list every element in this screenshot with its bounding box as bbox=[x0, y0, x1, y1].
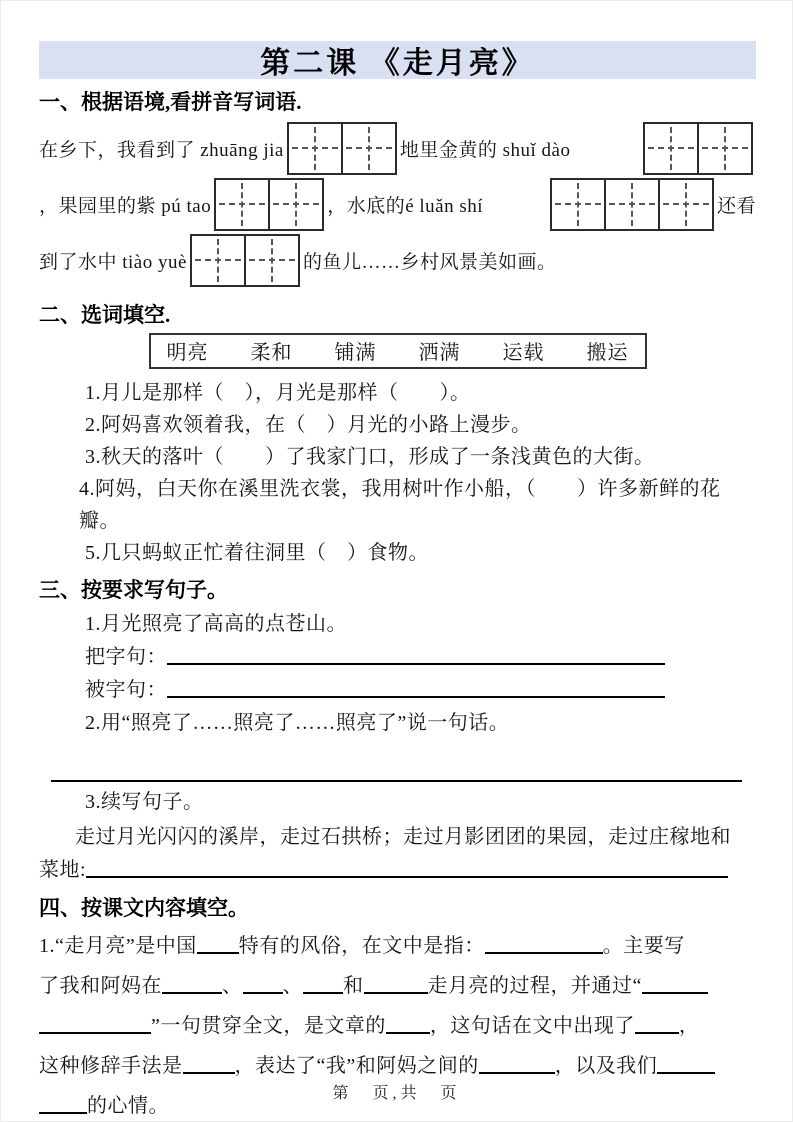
q4-text: 和 bbox=[343, 975, 364, 997]
sentence-item-2: 2.用“照亮了……照亮了……照亮了”说一句话。 bbox=[85, 707, 756, 740]
passage-text-haikan: 还看 bbox=[717, 191, 756, 218]
bei-label: 被字句： bbox=[85, 679, 167, 701]
q4-text: 、 bbox=[222, 975, 243, 997]
passage-text-tiaoyue: 到了水中 tiào yuè bbox=[39, 247, 187, 274]
answer-blank bbox=[642, 976, 708, 994]
title-banner: 第二课 《走月亮》 bbox=[39, 41, 756, 79]
q4-text: ”一句贯穿全文，是文章的 bbox=[151, 1015, 386, 1037]
answer-blank bbox=[86, 860, 728, 878]
q4-text: ， bbox=[679, 1015, 700, 1037]
passage-text-intro: 在乡下，我看到了 zhuāng jia bbox=[39, 135, 284, 162]
q4-line-2: 了我和阿妈在、、和走月亮的过程，并通过“ bbox=[39, 966, 756, 1006]
answer-blank bbox=[485, 936, 603, 954]
q4-text: 1.“走月亮”是中国 bbox=[39, 935, 197, 957]
answer-blank-line bbox=[51, 764, 742, 782]
passage-line-3: 到了水中 tiào yuè 的鱼儿……乡村风景美如画。 bbox=[39, 232, 756, 288]
sentence-item-1: 1.月光照亮了高高的点苍山。 bbox=[85, 608, 756, 641]
bei-sentence-line: 被字句： bbox=[85, 674, 756, 707]
answer-blank bbox=[183, 1056, 235, 1074]
q4-text: 了我和阿妈在 bbox=[39, 975, 162, 997]
passage-text-putao: ，果园里的紫 pú tao bbox=[39, 191, 211, 218]
answer-blank bbox=[479, 1056, 555, 1074]
section3-heading: 三、按要求写句子。 bbox=[39, 577, 756, 604]
word-bank: 明亮 柔和 铺满 洒满 运载 搬运 bbox=[149, 333, 647, 369]
q4-line-3: ”一句贯穿全文，是文章的，这句话在文中出现了， bbox=[39, 1006, 756, 1046]
continuation-text: 走过月光闪闪的溪岸，走过石拱桥；走过月影团团的果园，走过庄稼地和 bbox=[39, 821, 756, 854]
answer-blank bbox=[243, 976, 283, 994]
continuation-line-2: 菜地: bbox=[39, 854, 756, 887]
answer-blank bbox=[386, 1016, 430, 1034]
ba-label: 把字句： bbox=[85, 646, 167, 668]
pinyin-box-shuidao bbox=[643, 122, 753, 175]
sentence-item-3: 3.续写句子。 bbox=[85, 786, 756, 819]
answer-blank bbox=[197, 936, 239, 954]
fill-item-2: 2.阿妈喜欢领着我，在（ ）月光的小路上漫步。 bbox=[85, 409, 756, 441]
pinyin-box-putao bbox=[214, 178, 324, 231]
q4-line-1: 1.“走月亮”是中国特有的风俗，在文中是指：。主要写 bbox=[39, 926, 756, 966]
q4-text: ，这句话在文中出现了 bbox=[430, 1015, 635, 1037]
caidi-label: 菜地: bbox=[39, 859, 86, 881]
answer-blank bbox=[364, 976, 428, 994]
worksheet-page: 第二课 《走月亮》 一、根据语境,看拼音写词语. 在乡下，我看到了 zhuāng… bbox=[0, 0, 793, 1122]
answer-blank bbox=[39, 1016, 151, 1034]
passage-text-eluanshi: ，水底的é luǎn shí bbox=[327, 191, 483, 218]
answer-blank bbox=[635, 1016, 679, 1034]
answer-blank bbox=[162, 976, 222, 994]
pinyin-box-zhuangjia bbox=[287, 122, 397, 175]
pinyin-box-eluanshi bbox=[550, 178, 714, 231]
passage-line-1: 在乡下，我看到了 zhuāng jia 地里金黄的 shuǐ dào bbox=[39, 120, 756, 176]
passage-text-end: 的鱼儿……乡村风景美如画。 bbox=[303, 247, 557, 274]
passage-line-2: ，果园里的紫 pú tao ，水底的é luǎn shí 还看 bbox=[39, 176, 756, 232]
section2-heading: 二、选词填空. bbox=[39, 302, 756, 329]
q4-text: 走月亮的过程，并通过“ bbox=[428, 975, 642, 997]
page-footer: 第 页,共 页 bbox=[1, 1080, 792, 1103]
fill-item-4: 4.阿妈，白天你在溪里洗衣裳，我用树叶作小船，（ ）许多新鲜的花瓣。 bbox=[79, 473, 756, 537]
q4-text: 。主要写 bbox=[603, 935, 685, 957]
q4-text: 特有的风俗，在文中是指： bbox=[239, 935, 485, 957]
answer-blank bbox=[167, 647, 665, 665]
fill-item-3: 3.秋天的落叶（ ）了我家门口，形成了一条浅黄色的大街。 bbox=[85, 441, 756, 473]
passage-text-shuidao: 地里金黄的 shuǐ dào bbox=[400, 135, 571, 162]
answer-blank bbox=[167, 680, 665, 698]
q4-text: 、 bbox=[283, 975, 304, 997]
fill-item-5: 5.几只蚂蚁正忙着往洞里（ ）食物。 bbox=[85, 537, 756, 569]
section4-heading: 四、按课文内容填空。 bbox=[39, 895, 756, 922]
section1-heading: 一、根据语境,看拼音写词语. bbox=[39, 89, 756, 116]
q4-text: 这种修辞手法是 bbox=[39, 1055, 183, 1077]
fill-item-1: 1.月儿是那样（ ），月光是那样（ ）。 bbox=[85, 377, 756, 409]
q4-text: ，表达了“我”和阿妈之间的 bbox=[235, 1055, 479, 1077]
page-title: 第二课 《走月亮》 bbox=[260, 38, 535, 82]
q4-text: ，以及我们 bbox=[555, 1055, 658, 1077]
pinyin-box-tiaoyue bbox=[190, 234, 300, 287]
ba-sentence-line: 把字句： bbox=[85, 641, 756, 674]
answer-blank bbox=[657, 1056, 715, 1074]
answer-blank bbox=[303, 976, 343, 994]
